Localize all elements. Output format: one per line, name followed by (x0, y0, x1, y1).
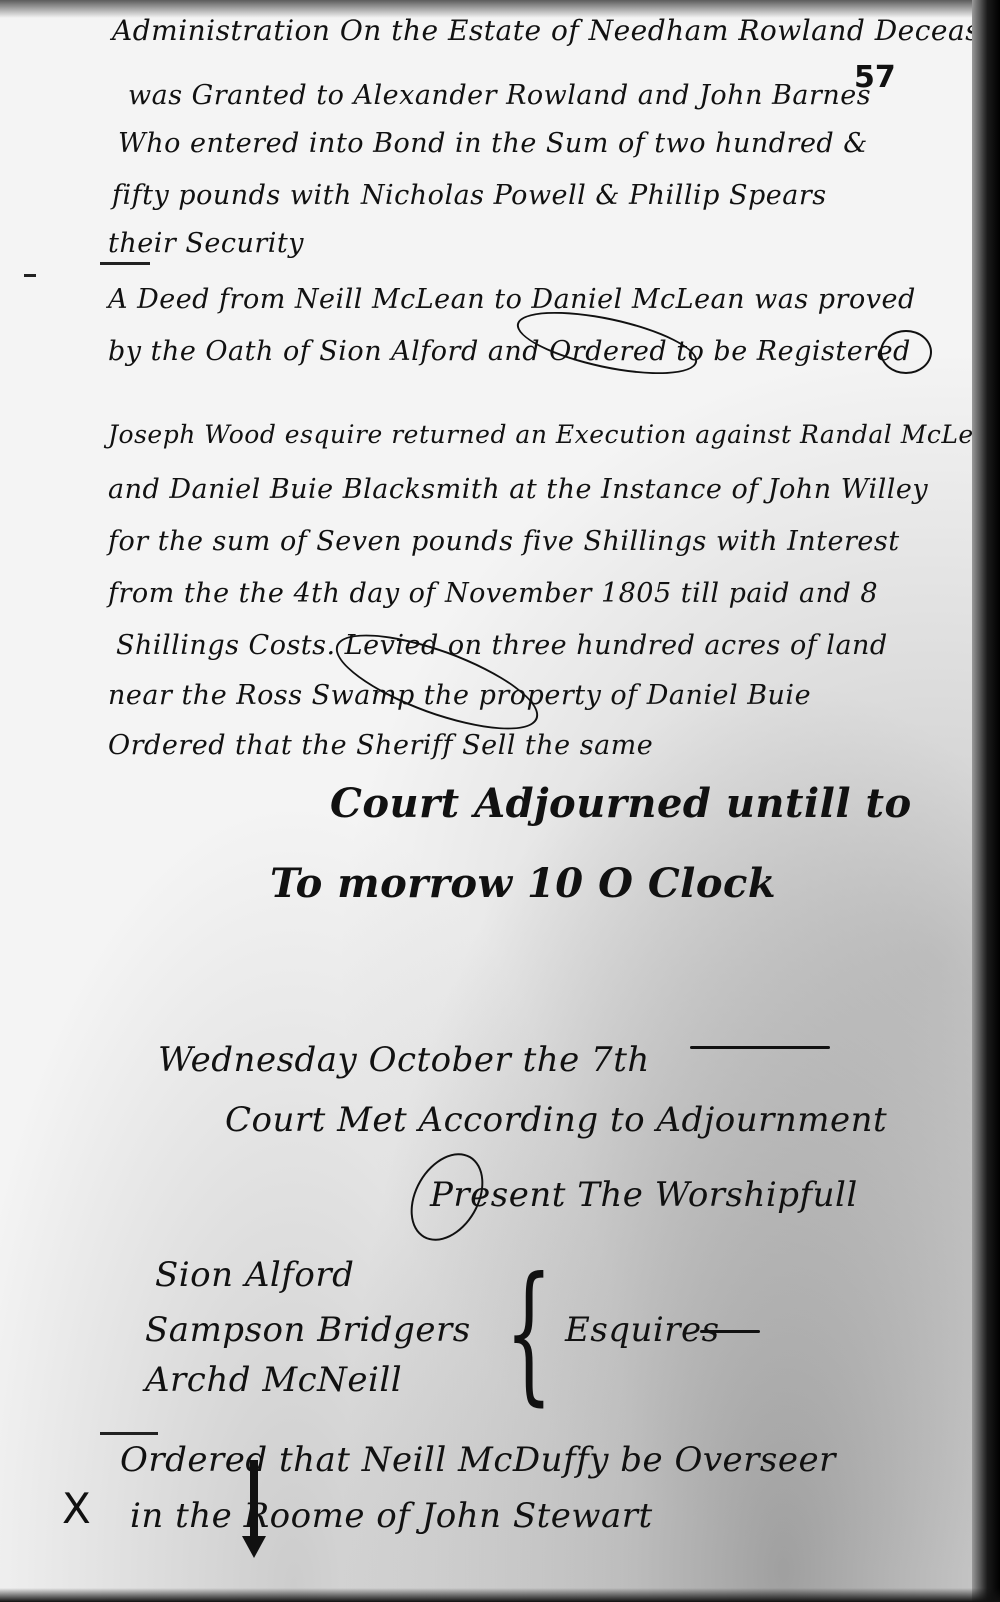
entry-line: Court Adjourned untill to (330, 780, 912, 827)
justice-name: Sampson Bridgers (145, 1310, 471, 1350)
down-arrow-mark (250, 1460, 258, 1540)
entry-line: in the Roome of John Stewart (130, 1496, 653, 1536)
entry-line: Ordered that Neill McDuffy be Overseer (120, 1440, 836, 1480)
entry-line: was Granted to Alexander Rowland and Joh… (128, 80, 871, 111)
entry-line: by the Oath of Sion Alford and Ordered t… (108, 336, 911, 367)
entry-line: Ordered that the Sheriff Sell the same (108, 730, 653, 761)
margin-tick (24, 274, 36, 277)
justices-title: Esquires (565, 1310, 720, 1350)
grouping-brace: { (505, 1258, 553, 1408)
entry-line: and Daniel Buie Blacksmith at the Instan… (108, 474, 928, 505)
entry-line: from the the 4th day of November 1805 ti… (108, 578, 878, 609)
page-bottom-shadow (0, 1588, 1000, 1602)
date-underline (690, 1046, 830, 1049)
entry-line: fifty pounds with Nicholas Powell & Phil… (112, 180, 827, 211)
page-binding-shadow (972, 0, 1000, 1602)
entry-line: Present The Worshipfull (430, 1175, 858, 1215)
title-dash (700, 1330, 760, 1333)
margin-circle-mark (880, 330, 932, 374)
session-date: Wednesday October the 7th (158, 1040, 650, 1080)
entry-line: Court Met According to Adjournment (225, 1100, 887, 1140)
scanned-ledger-page: 57 Administration On the Estate of Needh… (0, 0, 980, 1602)
justice-name: Archd McNeill (145, 1360, 402, 1400)
entry-line: Who entered into Bond in the Sum of two … (118, 128, 868, 159)
entry-line: Administration On the Estate of Needham … (112, 14, 1000, 47)
entry-line: their Security (108, 228, 304, 259)
entry-line: Joseph Wood esquire returned an Executio… (108, 420, 1000, 449)
entry-line: To morrow 10 O Clock (270, 860, 776, 907)
entry-line: Shillings Costs. Levied on three hundred… (116, 630, 888, 661)
margin-x-mark: X (62, 1484, 91, 1533)
entry-line: for the sum of Seven pounds five Shillin… (108, 526, 900, 557)
margin-rule (100, 1432, 158, 1435)
justice-name: Sion Alford (155, 1255, 354, 1295)
margin-rule (100, 262, 150, 265)
entry-line: A Deed from Neill McLean to Daniel McLea… (108, 284, 916, 315)
